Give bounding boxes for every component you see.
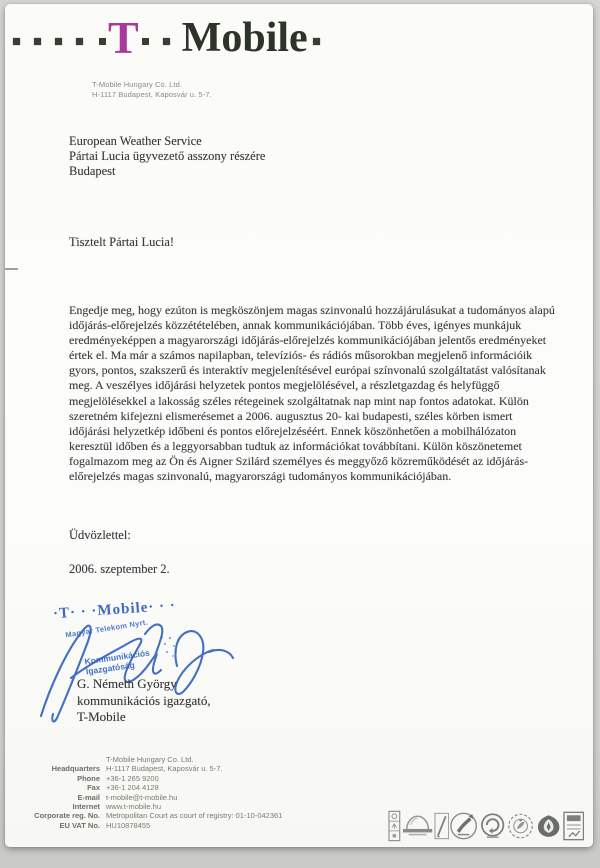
footer-row: T-Mobile Hungary Co. Ltd. (33, 755, 282, 764)
logo-dot-icon (34, 38, 41, 45)
sender-address: H-1117 Budapest, Kaposvár u. 5-7. (92, 90, 212, 100)
footer-row: Headquarters H-1117 Budapest, Kaposvár u… (33, 764, 282, 773)
laurel-wreath-award-icon (506, 811, 535, 841)
letter-page: T Mobile T-Mobile Hungary Co. Ltd. H-111… (5, 4, 593, 847)
footer-row: Internet www.t-mobile.hu (33, 802, 282, 811)
closing-line: Üdvözlettel: (69, 528, 131, 543)
footer-row: Fax +36-1 204 4128 (33, 783, 282, 792)
signer-company: T-Mobile (77, 709, 211, 726)
date-line: 2006. szeptember 2. (69, 562, 170, 577)
logo-dot-icon (76, 38, 83, 45)
footer-label: Phone (33, 774, 100, 783)
logo-dot-icon (163, 38, 170, 45)
sender-company: T-Mobile Hungary Co. Ltd. (92, 80, 212, 90)
hand-seal-stamp-icon (449, 811, 478, 841)
eagle-emblem-icon (535, 812, 562, 840)
brand-t-letter: T (108, 18, 138, 58)
recipient-city: Budapest (69, 164, 265, 179)
award-ribbon-badge-icon (388, 810, 401, 842)
signer-title: kommunikációs igazgató, (77, 693, 211, 710)
footer-contact-block: T-Mobile Hungary Co. Ltd. Headquarters H… (33, 755, 282, 830)
footer-value: +36-1 204 4128 (106, 783, 159, 792)
logo-dot-icon (13, 38, 20, 45)
footer-label: E-mail (33, 793, 100, 802)
salutation: Tisztelt Pártai Lucia! (69, 235, 174, 250)
footer-row: Phone +36-1 265 9200 (33, 774, 282, 783)
logo-dot-icon (55, 38, 62, 45)
footer-value: Metropolitan Court as court of registry:… (106, 811, 282, 820)
iso-certification-seal-icon (479, 812, 506, 840)
footer-label: Fax (33, 783, 100, 792)
fold-mark (5, 268, 18, 270)
footer-row: Corporate reg. No. Metropolitan Court as… (33, 811, 282, 820)
footer-value: +36-1 265 9200 (106, 774, 159, 783)
footer-value: H-1117 Budapest, Kaposvár u. 5-7. (106, 764, 222, 773)
footer-label: Internet (33, 802, 100, 811)
footer-label: EU VAT No. (33, 821, 100, 830)
logo-dot-icon (313, 38, 320, 45)
pen-award-icon (434, 812, 450, 840)
footer-label (33, 755, 100, 764)
logo-dot-icon (99, 38, 106, 45)
footer-value: HU10878455 (106, 821, 150, 830)
footer-row: EU VAT No. HU10878455 (33, 821, 282, 830)
letter-body: Engedje meg, hogy ezúton is megköszönjem… (69, 303, 555, 484)
footer-row: E-mail t-mobile@t-mobile.hu (33, 793, 282, 802)
superbrands-award-icon (401, 813, 434, 839)
tmobile-logo: T Mobile (13, 18, 320, 64)
signer-name: G. Németh György (77, 676, 211, 693)
logo-dot-icon (142, 38, 149, 45)
signer-block: G. Németh György kommunikációs igazgató,… (77, 676, 211, 726)
brand-name: Mobile (182, 18, 308, 58)
footer-label: Headquarters (33, 764, 100, 773)
footer-label: Corporate reg. No. (33, 811, 100, 820)
footer-value: T-Mobile Hungary Co. Ltd. (106, 755, 194, 764)
recipient-attention: Pártai Lucia ügyvezető asszony részére (69, 149, 265, 164)
footer-value: www.t-mobile.hu (106, 802, 161, 811)
recipient-block: European Weather Service Pártai Lucia üg… (69, 134, 265, 179)
recipient-organization: European Weather Service (69, 134, 265, 149)
footer-value: t-mobile@t-mobile.hu (106, 793, 177, 802)
certification-badges-row (388, 808, 584, 844)
sender-address-block: T-Mobile Hungary Co. Ltd. H-1117 Budapes… (92, 80, 212, 100)
tuv-certificate-icon (563, 811, 584, 841)
